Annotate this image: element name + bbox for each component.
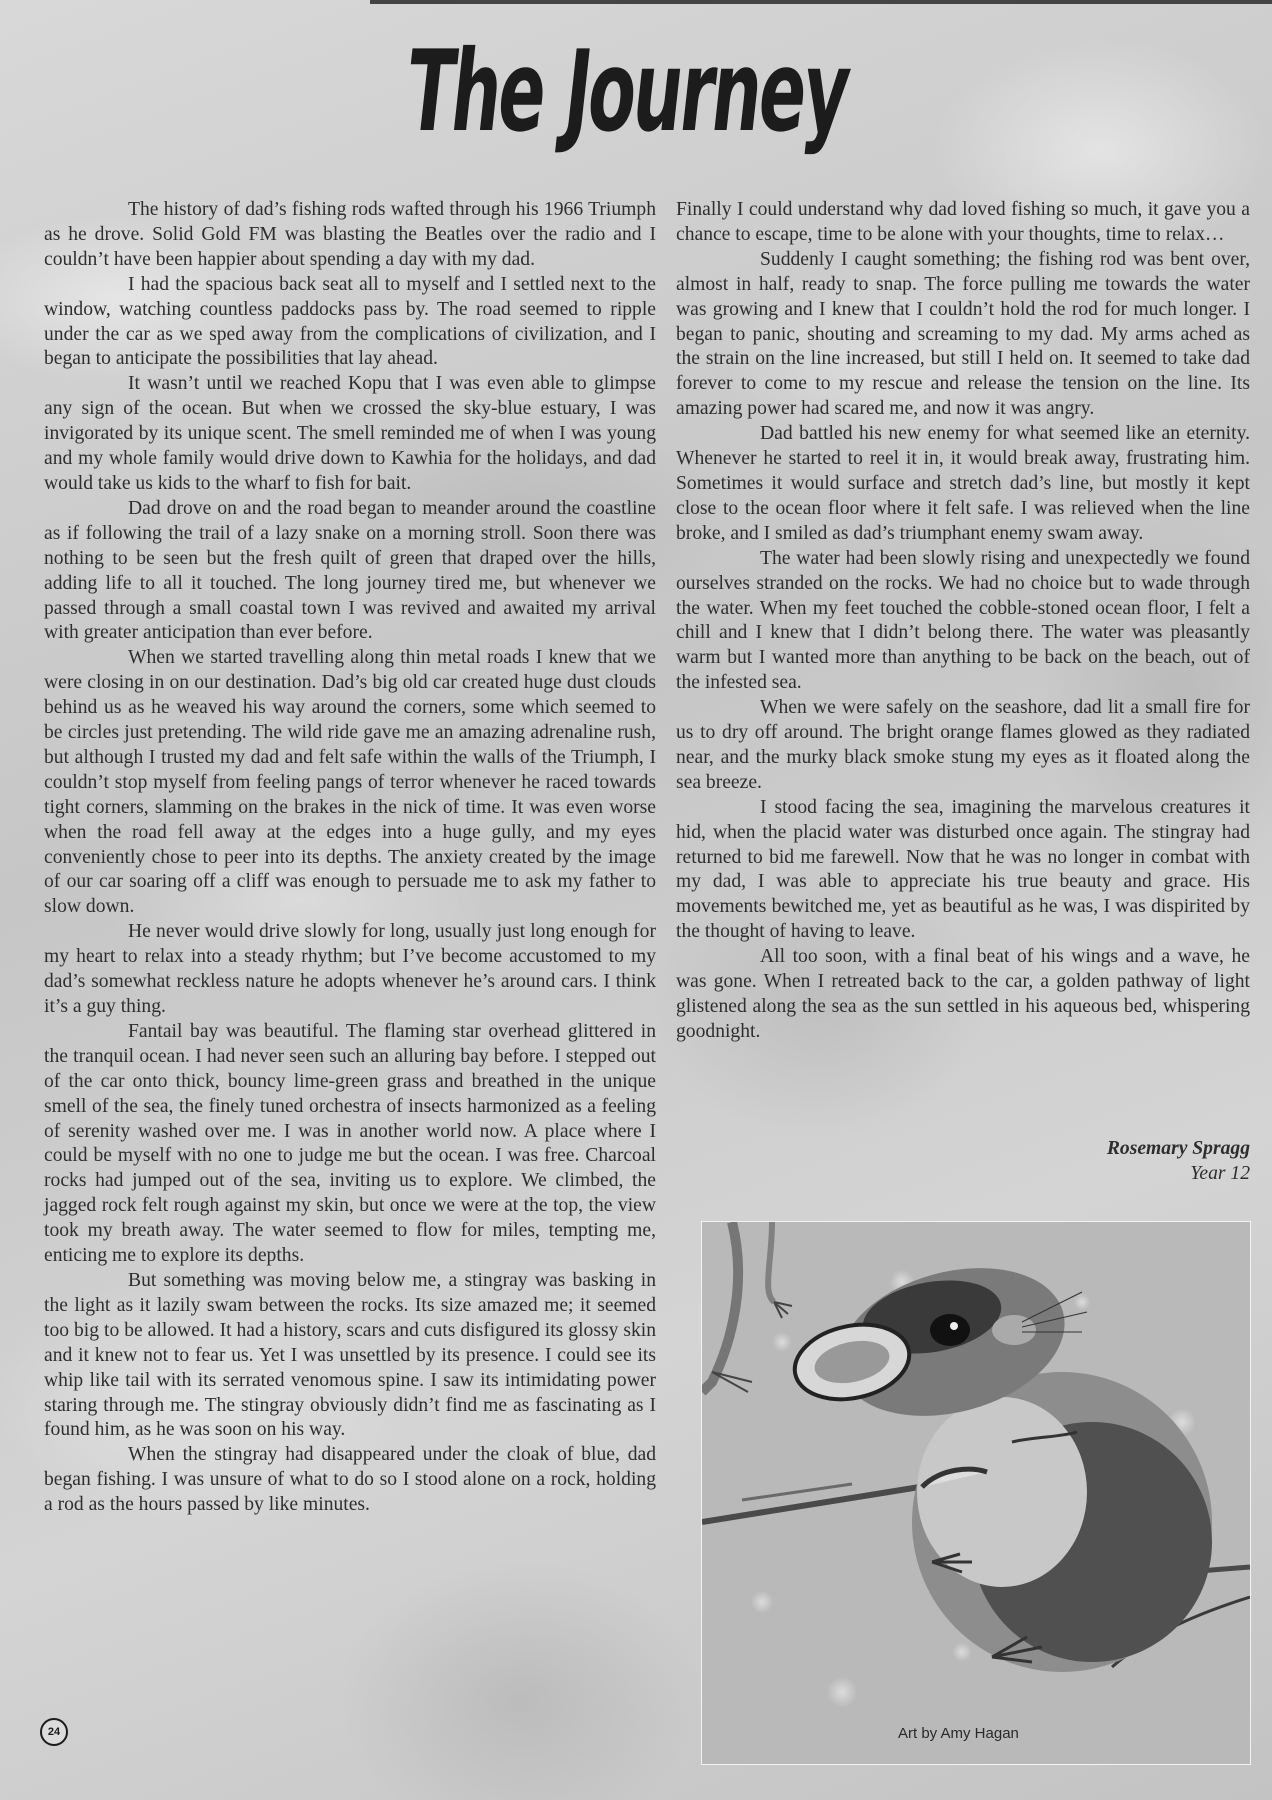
paragraph: Dad drove on and the road began to meand…	[44, 497, 656, 646]
paragraph: The water had been slowly rising and une…	[676, 547, 1250, 696]
author-name: Rosemary Spragg	[1107, 1136, 1250, 1161]
mouse-illustration: Art by Amy Hagan	[701, 1221, 1251, 1765]
paragraph: I stood facing the sea, imagining the ma…	[676, 796, 1250, 945]
paragraph: Finally I could understand why dad loved…	[676, 198, 1250, 248]
page-number-badge: 24	[40, 1718, 68, 1746]
author-year: Year 12	[1107, 1161, 1250, 1186]
paragraph: When we were safely on the seashore, dad…	[676, 696, 1250, 796]
article-column-left: The history of dad’s fishing rods wafted…	[44, 198, 656, 1518]
paragraph: When the stingray had disappeared under …	[44, 1443, 656, 1518]
paragraph: Fantail bay was beautiful. The flaming s…	[44, 1020, 656, 1269]
paragraph: When we started travelling along thin me…	[44, 646, 656, 920]
paragraph: But something was moving below me, a sti…	[44, 1269, 656, 1443]
paragraph: The history of dad’s fishing rods wafted…	[44, 198, 656, 273]
top-edge-bar	[370, 0, 1272, 4]
paragraph: Dad battled his new enemy for what seeme…	[676, 422, 1250, 547]
article-column-right: Finally I could understand why dad loved…	[676, 198, 1250, 1045]
artwork-caption: Art by Amy Hagan	[898, 1725, 1019, 1742]
byline: Rosemary Spragg Year 12	[1107, 1136, 1250, 1186]
paragraph: It wasn’t until we reached Kopu that I w…	[44, 372, 656, 497]
paragraph: Suddenly I caught something; the fishing…	[676, 248, 1250, 422]
paragraph: He never would drive slowly for long, us…	[44, 920, 656, 1020]
page-title: The Journey	[224, 12, 1030, 172]
paragraph: All too soon, with a final beat of his w…	[676, 945, 1250, 1045]
paragraph: I had the spacious back seat all to myse…	[44, 273, 656, 373]
mouse-drawing-icon	[702, 1222, 1250, 1764]
